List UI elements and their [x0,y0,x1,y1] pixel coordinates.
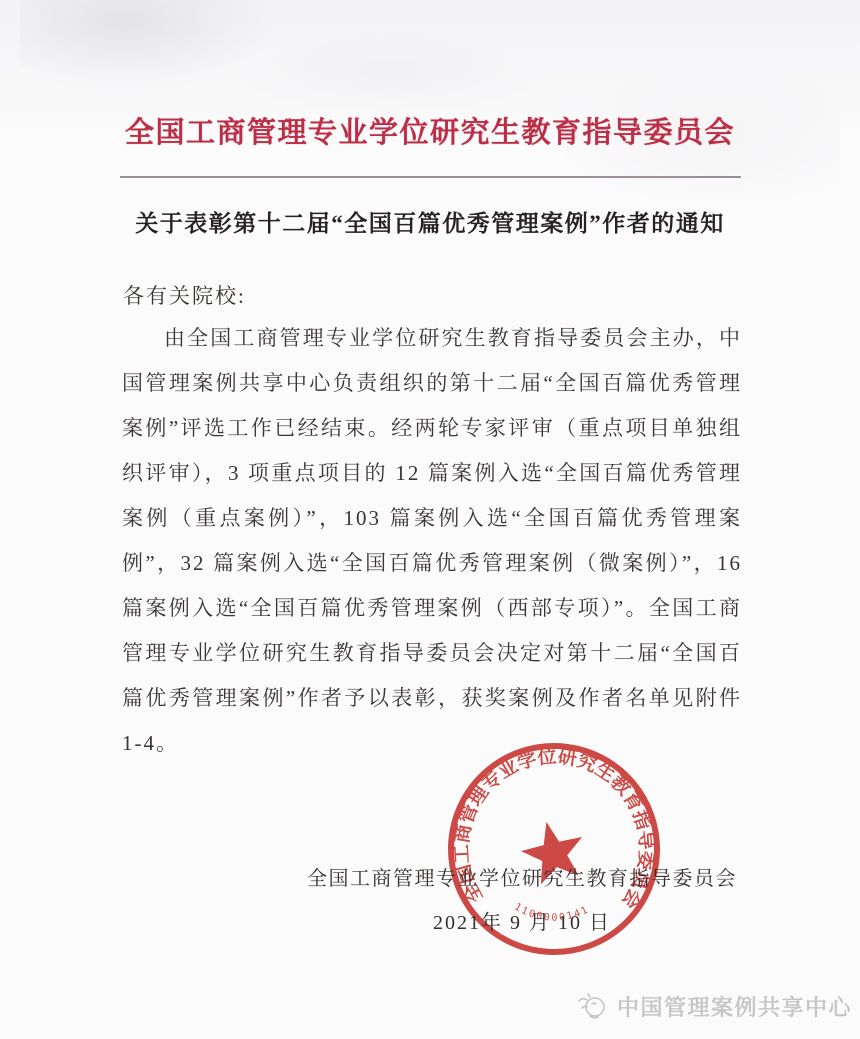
footer-brand: 中国管理案例共享中心 [576,988,852,1024]
header-divider [120,176,741,178]
notice-date: 2021年 9 月 10 日 [212,906,832,935]
notice-subject: 关于表彰第十二届“全国百篇优秀管理案例”作者的通知 [0,205,860,238]
signature-org: 全国工商管理专业学位研究生教育指导委员会 [212,862,832,891]
scan-artifact [20,0,280,90]
footer-brand-text: 中国管理案例共享中心 [617,991,852,1022]
notice-body: 由全国工商管理专业学位研究生教育指导委员会主办，中国管理案例共享中心负责组织的第… [122,316,742,766]
chick-doodle-logo-icon [576,988,610,1024]
scan-artifact [240,30,540,120]
salutation: 各有关院校: [123,280,246,310]
org-title: 全国工商管理专业学位研究生教育指导委员会 [0,110,860,151]
notice-document-page: 全国工商管理专业学位研究生教育指导委员会 关于表彰第十二届“全国百篇优秀管理案例… [0,0,860,1039]
